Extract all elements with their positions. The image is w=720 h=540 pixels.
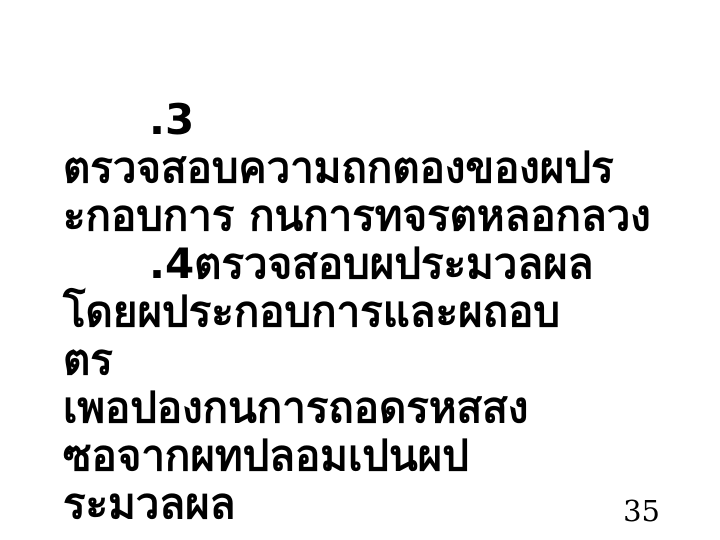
text-line-item-4-number: .4ตรวจสอบผประมวลผล [63, 240, 693, 288]
text-line: ตรวจสอบความถกตองของผปร [63, 144, 693, 192]
text-line-item-3-number: .3 [63, 96, 693, 144]
slide-body-text: .3 ตรวจสอบความถกตองของผปร ะกอบการ กนการท… [63, 96, 693, 528]
text-line: ซอจากผทปลอมเปนผป [63, 432, 693, 480]
slide: .3 ตรวจสอบความถกตองของผปร ะกอบการ กนการท… [0, 0, 720, 540]
text-line: เพอปองกนการถอดรหสสง [63, 384, 693, 432]
slide-page-number: 35 [623, 497, 660, 526]
text-line: ตร [63, 336, 693, 384]
text-line: ระมวลผล [63, 480, 693, 528]
text-line: โดยผประกอบการและผถอบ [63, 288, 693, 336]
text-line: ะกอบการ กนการทจรตหลอกลวง [63, 192, 693, 240]
